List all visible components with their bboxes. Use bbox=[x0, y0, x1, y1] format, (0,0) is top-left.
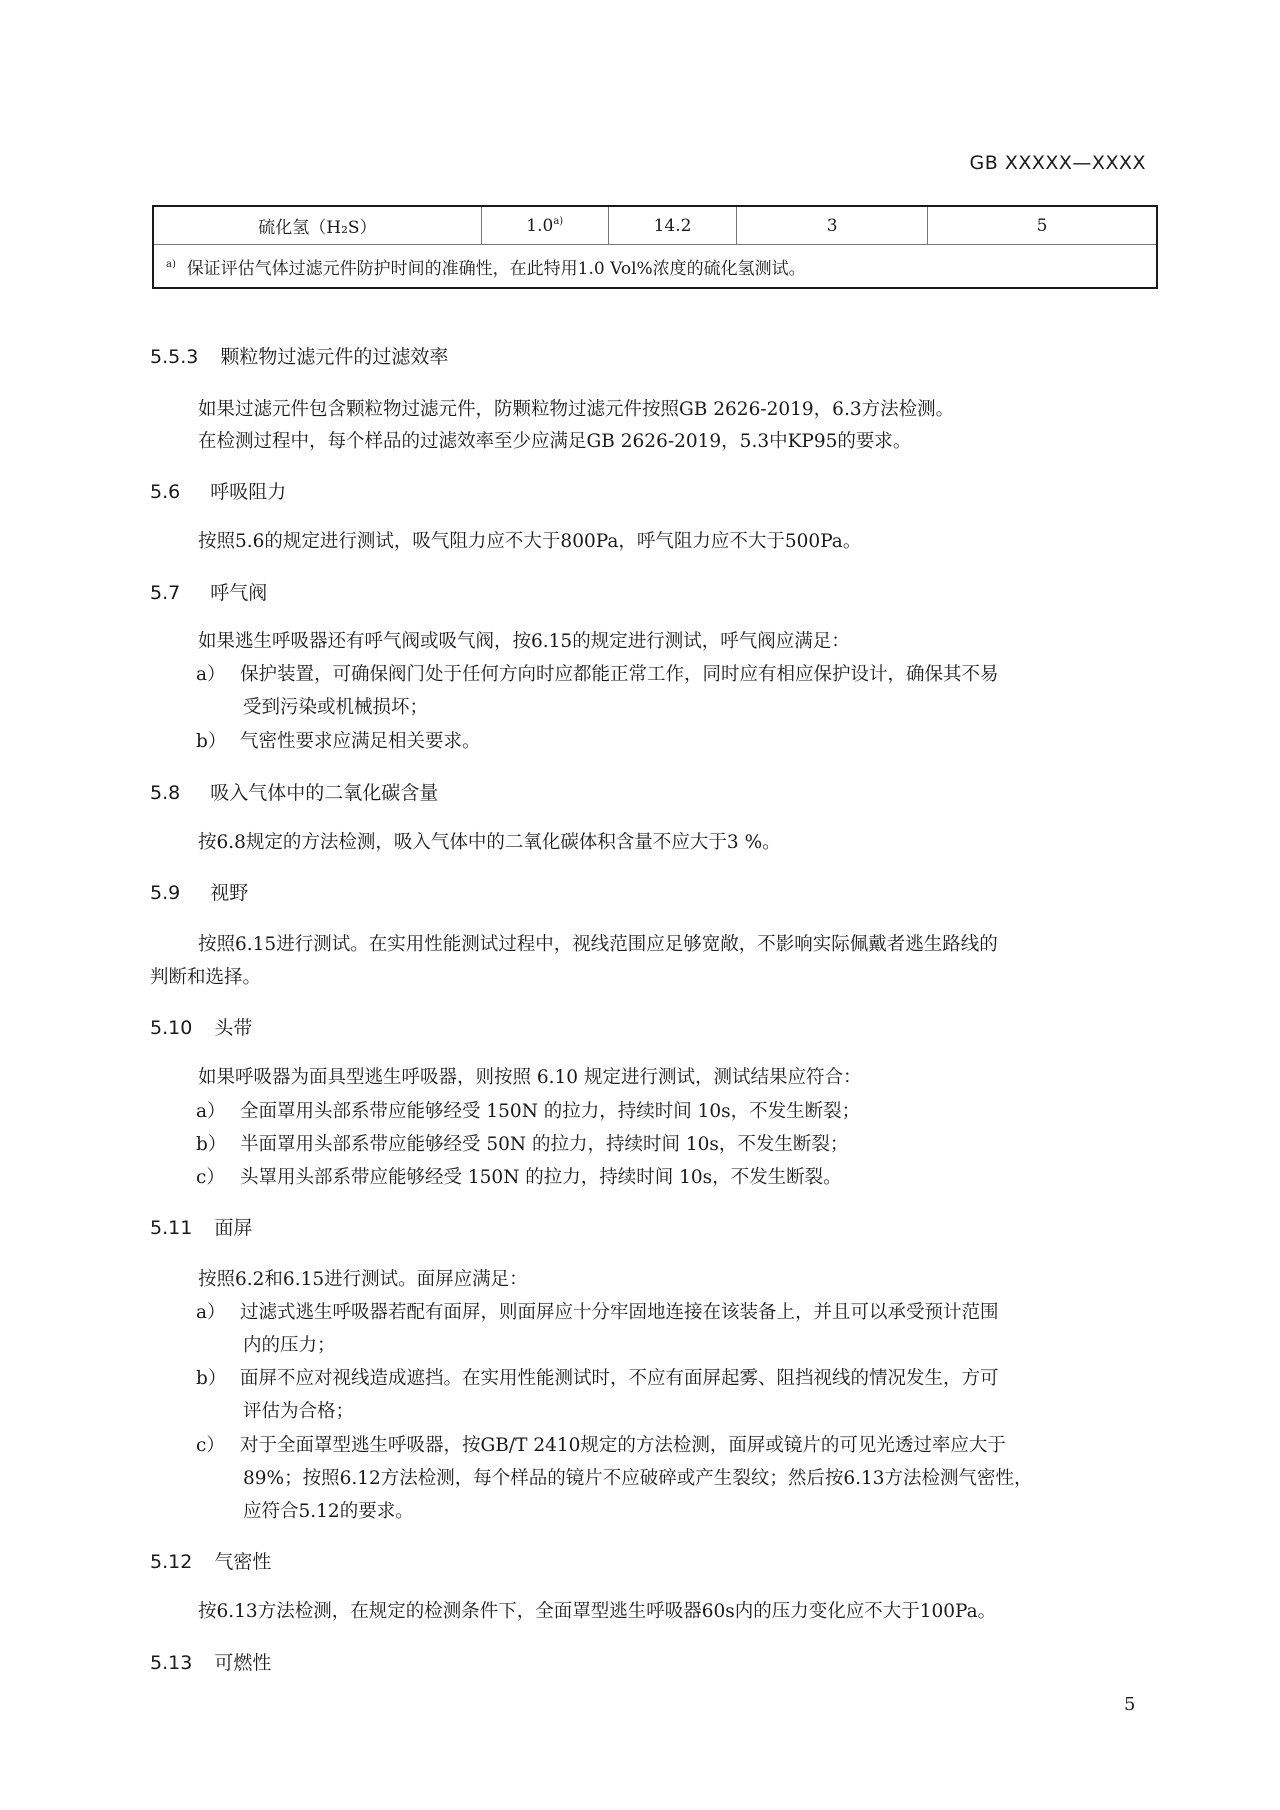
gas-name-cell: 硫化氢（H₂S） bbox=[153, 206, 481, 245]
table-row: 硫化氢（H₂S） 1.0a) 14.2 3 5 bbox=[153, 206, 1157, 245]
list-item-text: 全面罩用头部系带应能够经受 150N 的拉力，持续时间 10s，不发生断裂； bbox=[240, 1098, 860, 1126]
list-label: c） bbox=[196, 1164, 225, 1192]
paragraph-line: 按照6.15进行测试。在实用性能测试过程中，视线范围应足够宽敞，不影响实际佩戴者… bbox=[198, 931, 998, 959]
table-cell: 5 bbox=[928, 206, 1158, 245]
list-label: b） bbox=[196, 1365, 226, 1393]
list-label: a） bbox=[196, 1098, 226, 1126]
list-item-text: 受到污染或机械损坏； bbox=[243, 694, 428, 722]
list-label: c） bbox=[196, 1432, 225, 1460]
table-cell: 14.2 bbox=[608, 206, 737, 245]
section-heading-5-7: 5.7呼气阀 bbox=[150, 580, 267, 606]
concentration-cell: 1.0a) bbox=[481, 206, 608, 245]
paragraph-line: 如果过滤元件包含颗粒物过滤元件，防颗粒物过滤元件按照GB 2626-2019，6… bbox=[198, 396, 954, 424]
list-item-text: 气密性要求应满足相关要求。 bbox=[240, 728, 481, 756]
table-note-row: a) 保证评估气体过滤元件防护时间的准确性，在此特用1.0 Vol%浓度的硫化氢… bbox=[153, 245, 1157, 289]
table-cell: 3 bbox=[737, 206, 928, 245]
list-item-text: 半面罩用头部系带应能够经受 50N 的拉力，持续时间 10s，不发生断裂； bbox=[240, 1131, 848, 1159]
document-page: GB XXXXX—XXXX 硫化氢（H₂S） 1.0a) 14.2 3 5 a)… bbox=[0, 0, 1280, 1810]
paragraph-line: 判断和选择。 bbox=[150, 964, 261, 992]
list-item-text: 保护装置，可确保阀门处于任何方向时应都能正常工作，同时应有相应保护设计，确保其不… bbox=[240, 661, 999, 689]
section-heading-5-5-3: 5.5.3颗粒物过滤元件的过滤效率 bbox=[150, 344, 448, 370]
paragraph-line: 按6.8规定的方法检测，吸入气体中的二氧化碳体积含量不应大于3 %。 bbox=[198, 829, 781, 857]
list-item-text: 应符合5.12的要求。 bbox=[243, 1498, 414, 1526]
section-heading-5-11: 5.11面屏 bbox=[150, 1215, 252, 1241]
list-item-text: 对于全面罩型逃生呼吸器，按GB/T 2410规定的方法检测，面屏或镜片的可见光透… bbox=[240, 1432, 1006, 1460]
list-label: a） bbox=[196, 1299, 226, 1327]
footnote-mark: a) bbox=[166, 259, 176, 270]
table-footnote: a) 保证评估气体过滤元件防护时间的准确性，在此特用1.0 Vol%浓度的硫化氢… bbox=[153, 245, 1157, 289]
paragraph-line: 在检测过程中，每个样品的过滤效率至少应满足GB 2626-2019，5.3中KP… bbox=[198, 428, 911, 456]
paragraph-line: 按照6.2和6.15进行测试。面屏应满足： bbox=[198, 1266, 528, 1294]
section-heading-5-6: 5.6呼吸阻力 bbox=[150, 479, 286, 505]
section-heading-5-8: 5.8吸入气体中的二氧化碳含量 bbox=[150, 780, 438, 806]
paragraph-line: 如果呼吸器为面具型逃生呼吸器，则按照 6.10 规定进行测试，测试结果应符合： bbox=[198, 1064, 861, 1092]
section-heading-5-12: 5.12气密性 bbox=[150, 1549, 271, 1575]
list-item-text: 内的压力； bbox=[243, 1332, 336, 1360]
section-heading-5-10: 5.10头带 bbox=[150, 1015, 252, 1041]
page-number: 5 bbox=[1124, 1694, 1135, 1715]
list-item-text: 过滤式逃生呼吸器若配有面屏，则面屏应十分牢固地连接在该装备上，并且可以承受预计范… bbox=[240, 1299, 999, 1327]
footnote-mark: a) bbox=[553, 216, 563, 227]
list-item-text: 头罩用头部系带应能够经受 150N 的拉力，持续时间 10s，不发生断裂。 bbox=[240, 1164, 842, 1192]
document-number-header: GB XXXXX—XXXX bbox=[970, 152, 1146, 174]
list-item-text: 评估为合格； bbox=[243, 1398, 354, 1426]
paragraph-line: 按6.13方法检测，在规定的检测条件下，全面罩型逃生呼吸器60s内的压力变化应不… bbox=[198, 1598, 996, 1626]
list-label: b） bbox=[196, 1131, 226, 1159]
paragraph-line: 按照5.6的规定进行测试，吸气阻力应不大于800Pa，呼气阻力应不大于500Pa… bbox=[198, 528, 861, 556]
section-heading-5-13: 5.13可燃性 bbox=[150, 1650, 271, 1676]
gas-test-table: 硫化氢（H₂S） 1.0a) 14.2 3 5 a) 保证评估气体过滤元件防护时… bbox=[152, 205, 1158, 289]
list-item-text: 89%；按照6.12方法检测，每个样品的镜片不应破碎或产生裂纹；然后按6.13方… bbox=[243, 1465, 1033, 1493]
paragraph-line: 如果逃生呼吸器还有呼气阀或吸气阀，按6.15的规定进行测试，呼气阀应满足： bbox=[198, 628, 850, 656]
list-label: a） bbox=[196, 661, 226, 689]
list-label: b） bbox=[196, 728, 226, 756]
list-item-text: 面屏不应对视线造成遮挡。在实用性能测试时，不应有面屏起雾、阻挡视线的情况发生，方… bbox=[240, 1365, 999, 1393]
section-heading-5-9: 5.9视野 bbox=[150, 880, 248, 906]
